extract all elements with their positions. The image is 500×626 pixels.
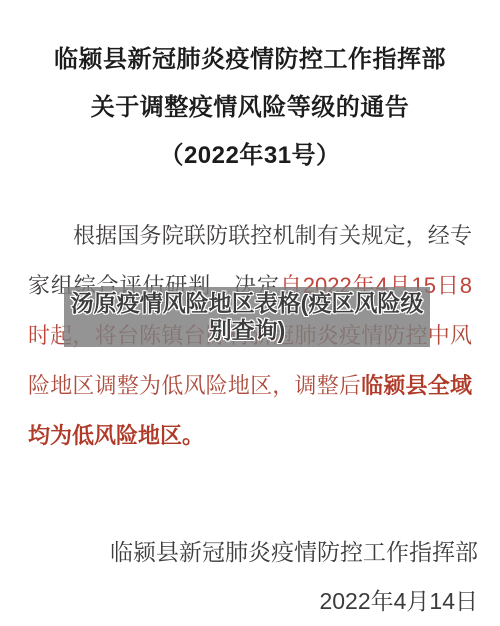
notice-title: 临颍县新冠肺炎疫情防控工作指挥部 关于调整疫情风险等级的通告 （2022年31号… xyxy=(0,36,500,180)
watermark-caption: 汤原疫情风险地区表格(疫区风险级别查询) xyxy=(71,290,424,343)
notice-document: 临颍县新冠肺炎疫情防控工作指挥部 关于调整疫情风险等级的通告 （2022年31号… xyxy=(0,0,500,626)
signature-org: 临颍县新冠肺炎疫情防控工作指挥部 xyxy=(110,528,478,577)
notice-title-subject: 关于调整疫情风险等级的通告 xyxy=(0,84,500,132)
watermark-overlay: 汤原疫情风险地区表格(疫区风险级别查询) xyxy=(64,287,430,347)
notice-title-org: 临颍县新冠肺炎疫情防控工作指挥部 xyxy=(0,36,500,84)
notice-signature: 临颍县新冠肺炎疫情防控工作指挥部 2022年4月14日 xyxy=(110,528,478,626)
signature-date: 2022年4月14日 xyxy=(110,577,478,626)
notice-title-number: （2022年31号） xyxy=(0,132,500,180)
